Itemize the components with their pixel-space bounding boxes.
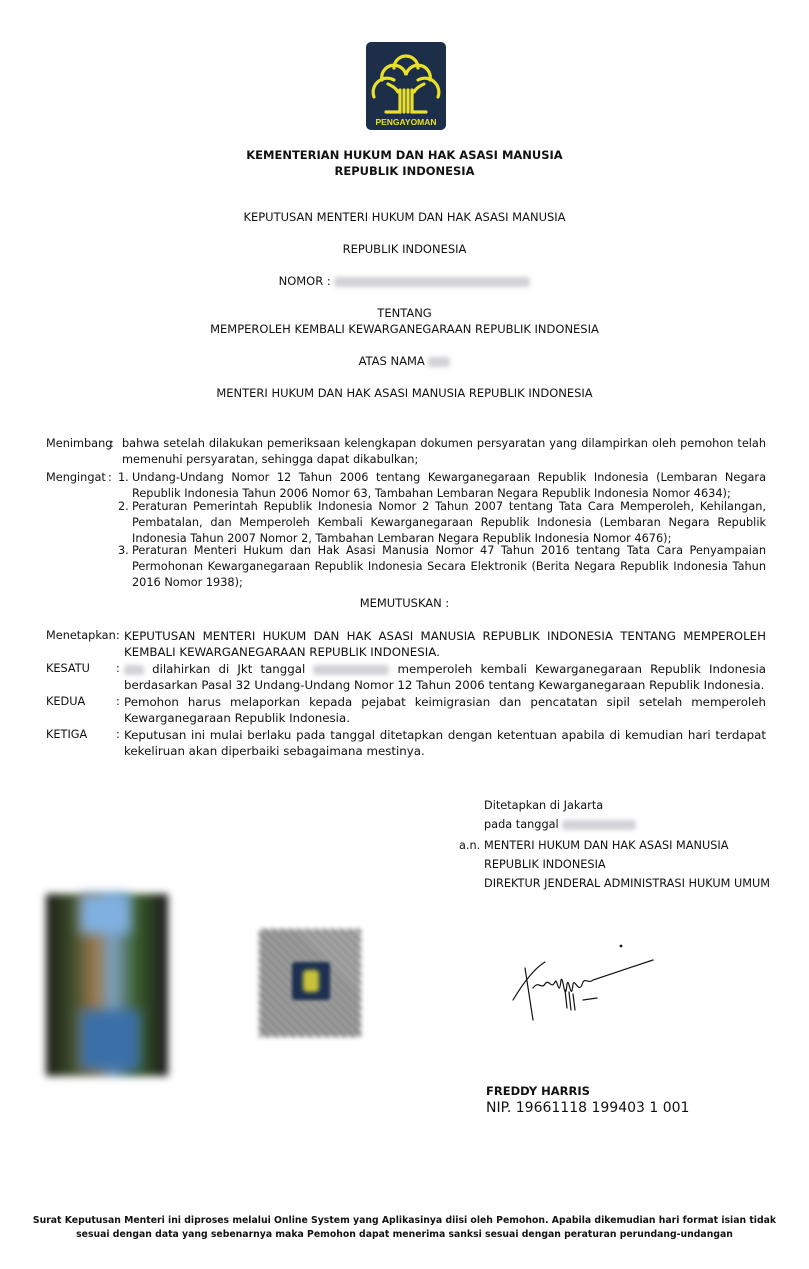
decree-number-value-redacted xyxy=(334,277,530,287)
about-label: TENTANG xyxy=(0,306,809,320)
applicant-name-redacted xyxy=(124,665,144,675)
decides-heading: MEMUTUSKAN : xyxy=(0,596,809,610)
ministry-logo: PENGAYOMAN xyxy=(366,42,446,130)
footer-disclaimer-line2: sesuai dengan data yang sebenarnya maka … xyxy=(0,1228,809,1242)
ministry-name: KEMENTERIAN HUKUM DAN HAK ASASI MANUSIA xyxy=(0,147,809,163)
on-behalf: a.n. xyxy=(459,836,480,855)
decree-number-label: NOMOR : xyxy=(279,274,331,288)
footer-disclaimer-line1: Surat Keputusan Menteri ini diproses mel… xyxy=(0,1214,809,1228)
pengayoman-tree-icon: PENGAYOMAN xyxy=(366,42,446,130)
colon: : xyxy=(116,727,120,743)
qr-logo-emblem-icon xyxy=(303,970,319,992)
applicant-name-line: ATAS NAMA xyxy=(0,354,809,368)
decree-title: KEPUTUSAN MENTERI HUKUM DAN HAK ASASI MA… xyxy=(0,210,809,224)
country-name: REPUBLIK INDONESIA xyxy=(0,163,809,179)
issuer: MENTERI HUKUM DAN HAK ASASI MANUSIA REPU… xyxy=(0,386,809,400)
decision-label: Menetapkan xyxy=(46,628,116,644)
recalling-item-text: Peraturan Pemerintah Republik Indonesia … xyxy=(132,499,766,547)
item-number: 1. xyxy=(118,470,129,486)
applicant-name-redacted xyxy=(428,357,450,367)
recalling-label: Mengingat xyxy=(46,470,106,486)
decision-text: dilahirkan di Jkt tanggal memperoleh kem… xyxy=(124,661,766,693)
recalling-item-text: Peraturan Menteri Hukum dan Hak Asasi Ma… xyxy=(132,543,766,591)
signature-icon xyxy=(505,940,665,1030)
colon: : xyxy=(108,470,112,486)
decision-text-part: dilahirkan di Jkt tanggal xyxy=(152,662,305,676)
item-number: 3. xyxy=(118,543,129,559)
decree-title-country: REPUBLIK INDONESIA xyxy=(0,242,809,256)
decision-text: Pemohon harus melaporkan kepada pejabat … xyxy=(124,694,766,726)
signer-nip: NIP. 19661118 199403 1 001 xyxy=(486,1100,689,1116)
sig-line3: DIREKTUR JENDERAL ADMINISTRASI HUKUM UMU… xyxy=(484,874,770,893)
applicant-name-label: ATAS NAMA xyxy=(359,354,425,368)
applicant-photo-detail xyxy=(80,894,130,934)
considering-text: bahwa setelah dilakukan pemeriksaan kele… xyxy=(122,436,766,468)
sig-line2: REPUBLIK INDONESIA xyxy=(484,855,606,874)
about-value: MEMPEROLEH KEMBALI KEWARGANEGARAAN REPUB… xyxy=(0,322,809,336)
svg-text:PENGAYOMAN: PENGAYOMAN xyxy=(375,117,436,127)
sig-line1: MENTERI HUKUM DAN HAK ASASI MANUSIA xyxy=(484,836,728,855)
decision-text: KEPUTUSAN MENTERI HUKUM DAN HAK ASASI MA… xyxy=(124,628,766,660)
colon: : xyxy=(116,694,120,710)
date-issued: pada tanggal xyxy=(484,815,636,834)
colon: : xyxy=(116,661,120,677)
place-issued: Ditetapkan di Jakarta xyxy=(484,796,603,815)
date-label: pada tanggal xyxy=(484,818,559,831)
decision-label: KETIGA xyxy=(46,727,87,743)
considering-label: Menimbang xyxy=(46,436,112,452)
colon: : xyxy=(116,628,120,644)
colon: : xyxy=(110,436,114,452)
birth-date-redacted xyxy=(313,665,389,675)
decree-number: NOMOR : xyxy=(0,274,809,288)
recalling-item-text: Undang-Undang Nomor 12 Tahun 2006 tentan… xyxy=(132,470,766,502)
applicant-photo-detail xyxy=(80,1010,140,1070)
item-number: 2. xyxy=(118,499,129,515)
decision-label: KEDUA xyxy=(46,694,85,710)
decision-text: Keputusan ini mulai berlaku pada tanggal… xyxy=(124,727,766,759)
decision-label: KESATU xyxy=(46,661,90,677)
signer-name: FREDDY HARRIS xyxy=(486,1084,590,1098)
date-redacted xyxy=(562,820,636,830)
